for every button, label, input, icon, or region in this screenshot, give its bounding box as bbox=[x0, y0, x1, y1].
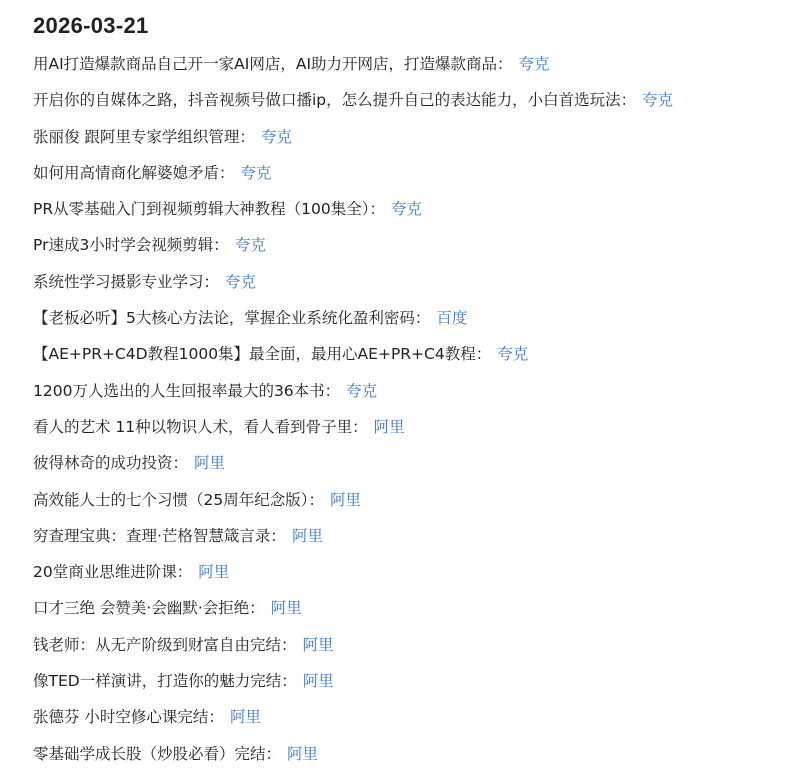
item-title: 如何用高情商化解婆媳矛盾： bbox=[33, 164, 235, 182]
download-link[interactable]: 夸克 bbox=[225, 273, 256, 291]
list-item: 如何用高情商化解婆媳矛盾：夸克 bbox=[33, 155, 800, 191]
list-item: Pr速成3小时学会视频剪辑：夸克 bbox=[33, 227, 800, 263]
download-link[interactable]: 阿里 bbox=[330, 491, 361, 509]
list-item: 零基础学成长股（炒股必看）完结：阿里 bbox=[33, 736, 800, 771]
list-item: 像TED一样演讲，打造你的魅力完结：阿里 bbox=[33, 663, 800, 699]
item-title: 1200万人选出的人生回报率最大的36本书： bbox=[33, 382, 340, 400]
item-title: 像TED一样演讲，打造你的魅力完结： bbox=[33, 672, 297, 690]
download-link[interactable]: 夸克 bbox=[241, 164, 272, 182]
list-item: 张德芬 小时空修心课完结：阿里 bbox=[33, 699, 800, 735]
download-link[interactable]: 夸克 bbox=[346, 382, 377, 400]
item-title: 彼得林奇的成功投资： bbox=[33, 454, 188, 472]
download-link[interactable]: 夸克 bbox=[519, 55, 550, 73]
download-link[interactable]: 夸克 bbox=[235, 236, 266, 254]
date-heading: 2026-03-21 bbox=[33, 10, 800, 42]
item-title: 【老板必听】5大核心方法论，掌握企业系统化盈利密码： bbox=[33, 309, 430, 327]
resource-list: 用AI打造爆款商品自己开一家AI网店，AI助力开网店，打造爆款商品：夸克 开启你… bbox=[33, 46, 800, 771]
item-title: 零基础学成长股（炒股必看）完结： bbox=[33, 745, 281, 763]
download-link[interactable]: 阿里 bbox=[230, 708, 261, 726]
item-title: 张丽俊 跟阿里专家学组织管理： bbox=[33, 128, 255, 146]
download-link[interactable]: 阿里 bbox=[303, 672, 334, 690]
item-title: PR从零基础入门到视频剪辑大神教程（100集全）： bbox=[33, 200, 385, 218]
list-item: 开启你的自媒体之路，抖音视频号做口播ip，怎么提升自己的表达能力，小白首选玩法：… bbox=[33, 82, 800, 118]
download-link[interactable]: 夸克 bbox=[261, 128, 292, 146]
download-link[interactable]: 阿里 bbox=[374, 418, 405, 436]
list-item: 穷查理宝典：查理·芒格智慧箴言录：阿里 bbox=[33, 518, 800, 554]
item-title: Pr速成3小时学会视频剪辑： bbox=[33, 236, 229, 254]
item-title: 20堂商业思维进阶课： bbox=[33, 563, 192, 581]
download-link[interactable]: 百度 bbox=[436, 309, 467, 327]
list-item: 口才三绝 会赞美·会幽默·会拒绝：阿里 bbox=[33, 590, 800, 626]
item-title: 张德芬 小时空修心课完结： bbox=[33, 708, 224, 726]
list-item: 20堂商业思维进阶课：阿里 bbox=[33, 554, 800, 590]
download-link[interactable]: 阿里 bbox=[198, 563, 229, 581]
item-title: 钱老师：从无产阶级到财富自由完结： bbox=[33, 636, 297, 654]
download-link[interactable]: 阿里 bbox=[303, 636, 334, 654]
download-link[interactable]: 阿里 bbox=[271, 599, 302, 617]
item-title: 开启你的自媒体之路，抖音视频号做口播ip，怎么提升自己的表达能力，小白首选玩法： bbox=[33, 91, 636, 109]
list-item: 用AI打造爆款商品自己开一家AI网店，AI助力开网店，打造爆款商品：夸克 bbox=[33, 46, 800, 82]
list-item: 看人的艺术 11种以物识人术，看人看到骨子里：阿里 bbox=[33, 409, 800, 445]
list-item: 彼得林奇的成功投资：阿里 bbox=[33, 445, 800, 481]
item-title: 穷查理宝典：查理·芒格智慧箴言录： bbox=[33, 527, 286, 545]
item-title: 高效能人士的七个习惯（25周年纪念版）： bbox=[33, 491, 324, 509]
item-title: 用AI打造爆款商品自己开一家AI网店，AI助力开网店，打造爆款商品： bbox=[33, 55, 513, 73]
list-item: 高效能人士的七个习惯（25周年纪念版）：阿里 bbox=[33, 482, 800, 518]
item-title: 口才三绝 会赞美·会幽默·会拒绝： bbox=[33, 599, 265, 617]
list-item: 张丽俊 跟阿里专家学组织管理：夸克 bbox=[33, 119, 800, 155]
list-item: 1200万人选出的人生回报率最大的36本书：夸克 bbox=[33, 373, 800, 409]
list-item: 系统性学习摄影专业学习：夸克 bbox=[33, 264, 800, 300]
list-item: 钱老师：从无产阶级到财富自由完结：阿里 bbox=[33, 627, 800, 663]
item-title: 系统性学习摄影专业学习： bbox=[33, 273, 219, 291]
list-item: 【老板必听】5大核心方法论，掌握企业系统化盈利密码：百度 bbox=[33, 300, 800, 336]
download-link[interactable]: 夸克 bbox=[642, 91, 673, 109]
download-link[interactable]: 阿里 bbox=[194, 454, 225, 472]
download-link[interactable]: 阿里 bbox=[292, 527, 323, 545]
list-item: PR从零基础入门到视频剪辑大神教程（100集全）：夸克 bbox=[33, 191, 800, 227]
list-item: 【AE+PR+C4D教程1000集】最全面，最用心AE+PR+C4教程：夸克 bbox=[33, 336, 800, 372]
download-link[interactable]: 夸克 bbox=[391, 200, 422, 218]
item-title: 看人的艺术 11种以物识人术，看人看到骨子里： bbox=[33, 418, 368, 436]
download-link[interactable]: 阿里 bbox=[287, 745, 318, 763]
resource-list-document: 2026-03-21 用AI打造爆款商品自己开一家AI网店，AI助力开网店，打造… bbox=[0, 0, 800, 771]
item-title: 【AE+PR+C4D教程1000集】最全面，最用心AE+PR+C4教程： bbox=[33, 345, 491, 363]
download-link[interactable]: 夸克 bbox=[497, 345, 528, 363]
